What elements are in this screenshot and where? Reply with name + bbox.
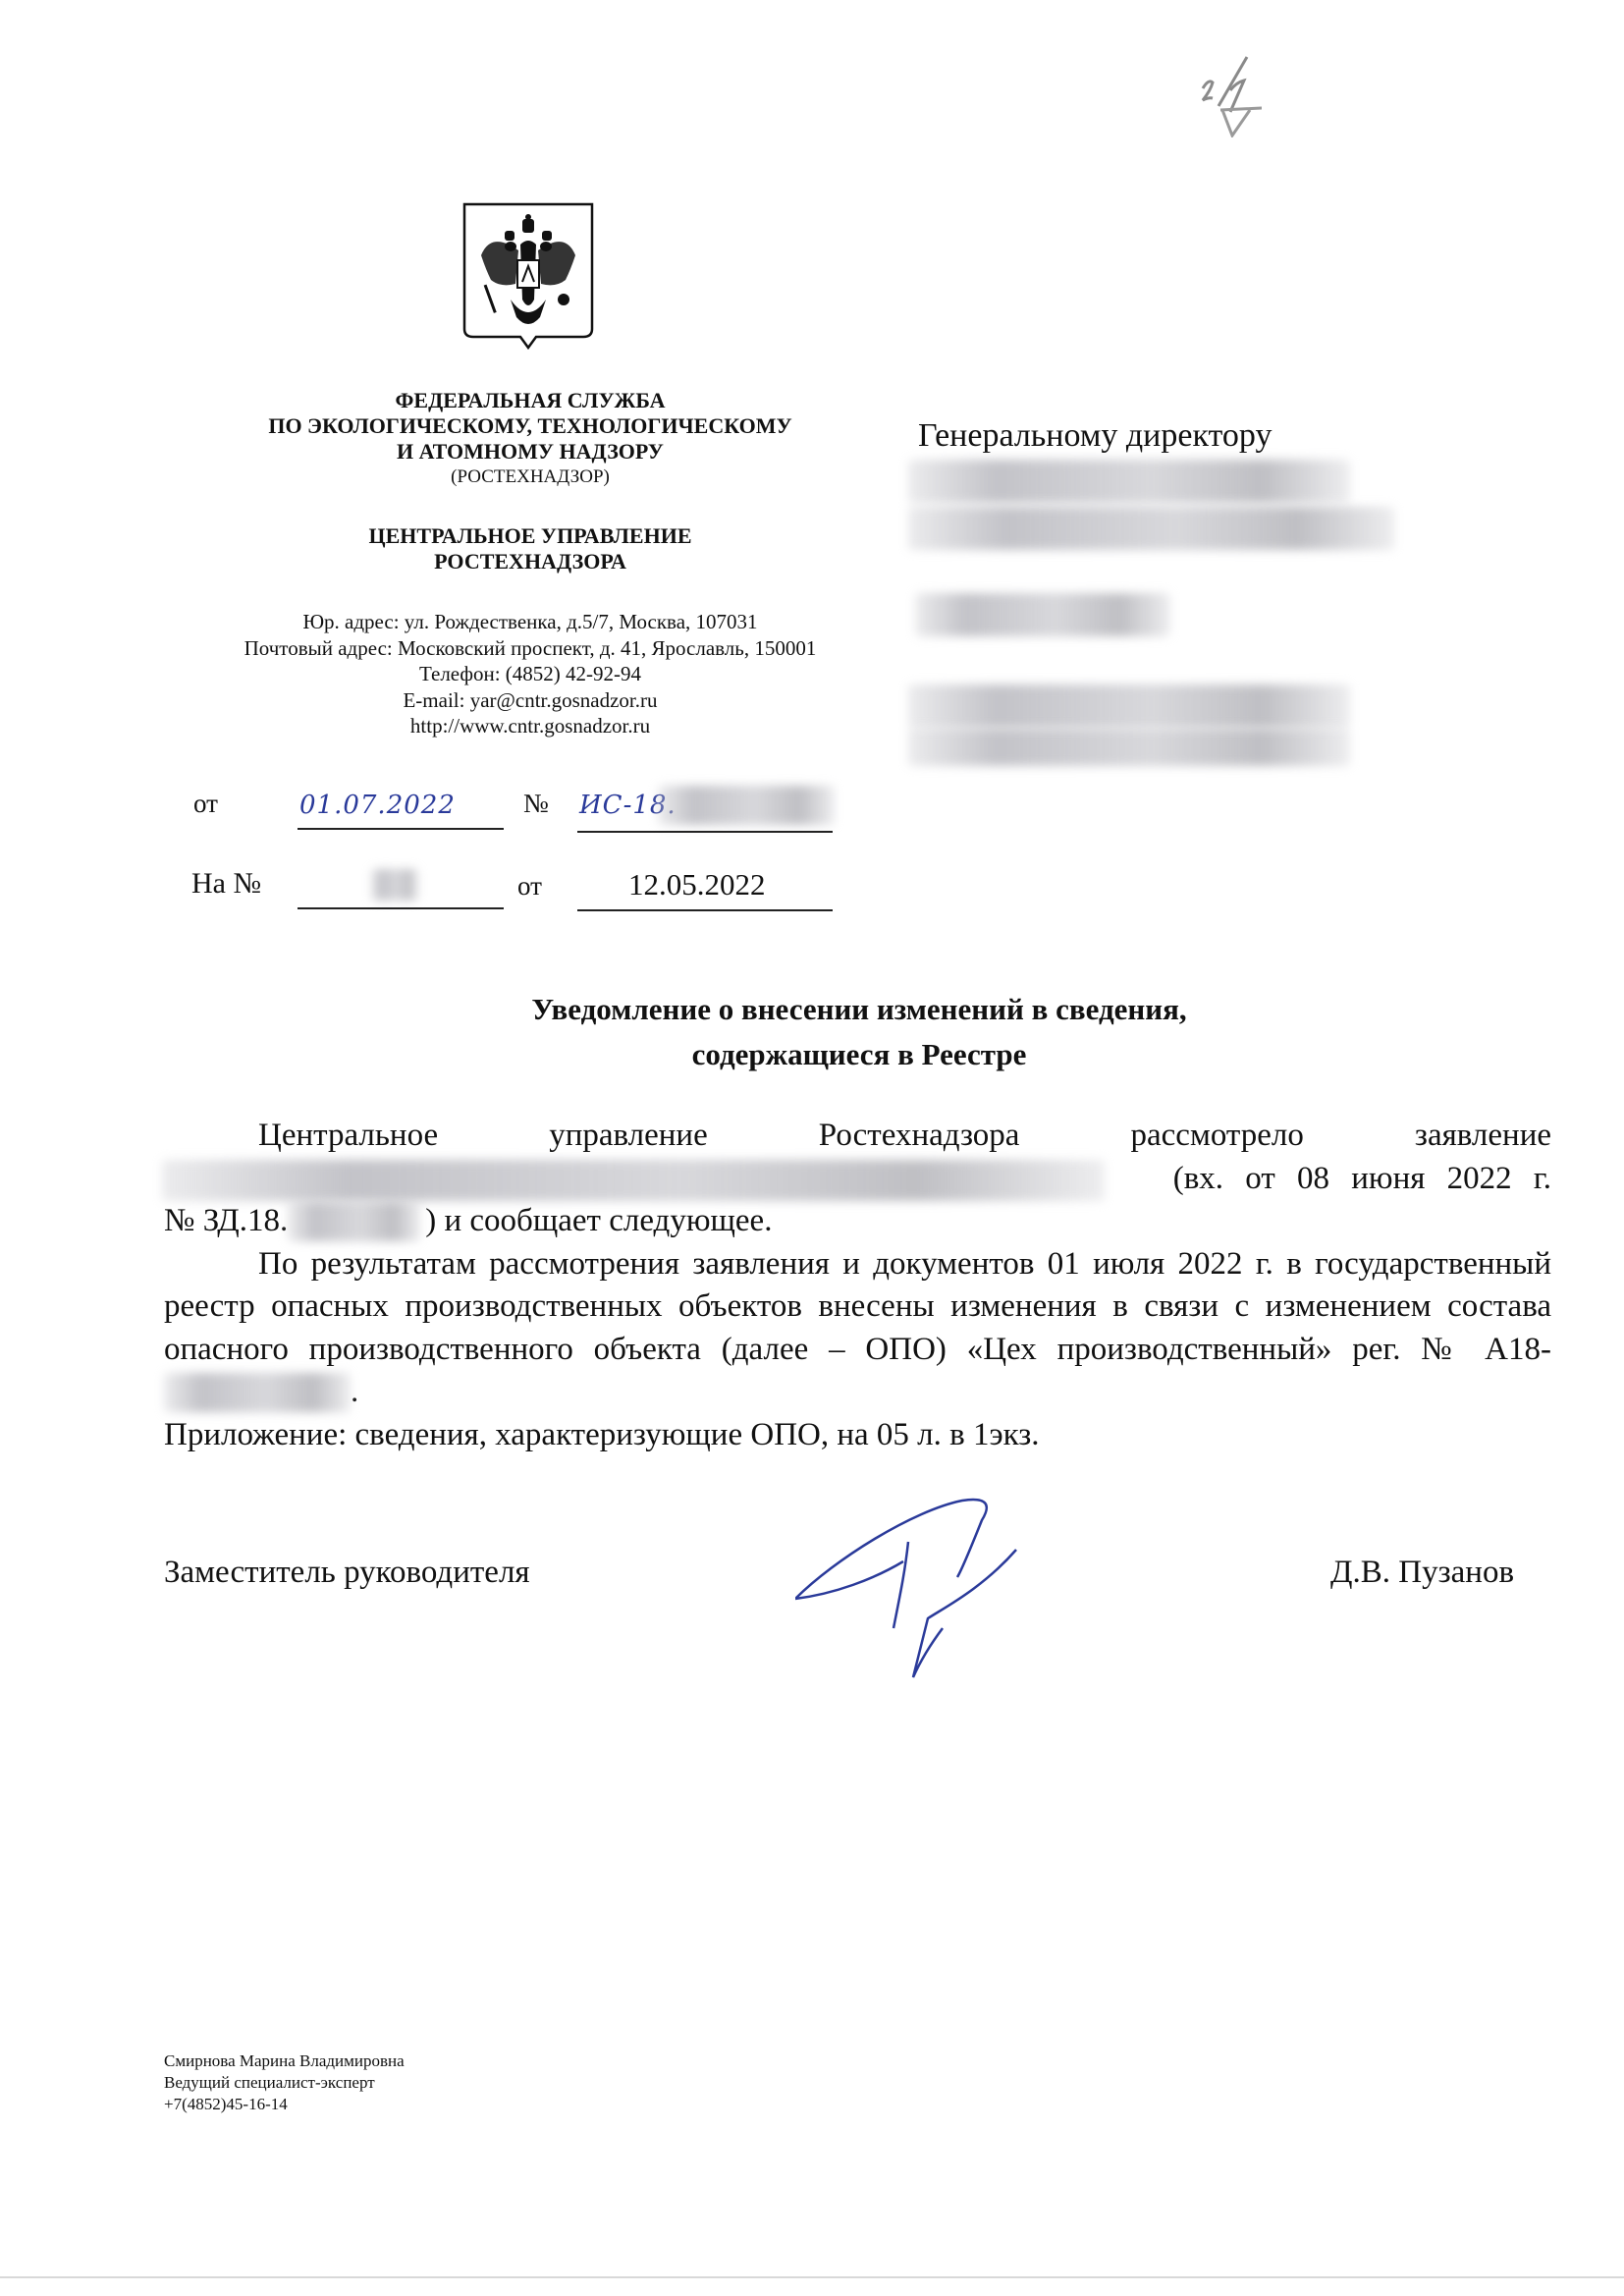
title-line1: Уведомление о внесении изменений в сведе… — [255, 987, 1463, 1032]
phone: Телефон: (4852) 42-92-94 — [167, 661, 893, 687]
org-abbreviation: (РОСТЕХНАДЗОР) — [206, 465, 854, 489]
email: E-mail: yar@cntr.gosnadzor.ru — [167, 687, 893, 714]
redacted-applicant-name — [162, 1160, 1105, 1201]
org-name-line1: ФЕДЕРАЛЬНАЯ СЛУЖБА — [206, 388, 854, 412]
russian-coat-of-arms-icon — [461, 201, 595, 351]
signatory-name: Д.В. Пузанов — [1330, 1555, 1514, 1591]
handwritten-signature-icon — [795, 1491, 1178, 1687]
attachment-line: Приложение: сведения, характеризующие ОП… — [164, 1414, 1551, 1457]
redacted-reply-number — [371, 869, 418, 901]
org-name-line3: И АТОМНОМУ НАДЗОРУ — [206, 439, 854, 464]
document-title: Уведомление о внесении изменений в сведе… — [255, 987, 1463, 1077]
executor-block: Смирнова Марина Владимировна Ведущий спе… — [164, 2050, 405, 2115]
scan-edge-line — [0, 2276, 1624, 2278]
dept-name-line1: ЦЕНТРАЛЬНОЕ УПРАВЛЕНИЕ — [206, 523, 854, 548]
postal-address: Почтовый адрес: Московский проспект, д. … — [167, 635, 893, 662]
reply-date: 12.05.2022 — [628, 867, 766, 902]
incoming-date: (вх. от 08 июня 2022 г. — [1173, 1161, 1551, 1196]
executor-name: Смирнова Марина Владимировна — [164, 2050, 405, 2072]
org-name-line2: ПО ЭКОЛОГИЧЕСКОМУ, ТЕХНОЛОГИЧЕСКОМУ — [206, 413, 854, 438]
body-p1-line2: (вх. от 08 июня 2022 г. — [164, 1158, 1551, 1201]
reply-number-underline — [298, 907, 504, 909]
incoming-number-suffix: ) и сообщает следующее. — [425, 1203, 772, 1238]
redacted-addressee-line3 — [915, 593, 1170, 636]
legal-address: Юр. адрес: ул. Рождественка, д.5/7, Моск… — [167, 609, 893, 635]
reply-date-underline — [577, 909, 833, 911]
pencil-annotation-icon — [1193, 49, 1262, 137]
body-p2-end: . — [351, 1374, 358, 1409]
redacted-registration-number — [164, 1373, 351, 1412]
reply-from-label: от — [517, 871, 542, 902]
title-line2: содержащиеся в Реестре — [255, 1032, 1463, 1077]
from-label: от — [193, 789, 218, 819]
dept-name-line2: РОСТЕХНАДЗОРА — [206, 549, 854, 574]
reply-number-label: На № — [191, 867, 261, 901]
body-p2-text: По результатам рассмотрения заявления и … — [164, 1246, 1551, 1367]
outgoing-number-underline — [577, 831, 833, 833]
executor-phone: +7(4852)45-16-14 — [164, 2094, 405, 2115]
redacted-addressee-line5 — [908, 729, 1350, 766]
website: http://www.cntr.gosnadzor.ru — [167, 713, 893, 739]
executor-position: Ведущий специалист-эксперт — [164, 2072, 405, 2094]
letter-body: Центральное управление Ростехнадзора рас… — [164, 1115, 1551, 1456]
redacted-incoming-number — [288, 1202, 420, 1241]
signatory-position: Заместитель руководителя — [164, 1555, 530, 1591]
addressee-title: Генеральному директору — [918, 417, 1272, 455]
redacted-addressee-line1 — [908, 460, 1350, 503]
outgoing-date-underline — [298, 828, 504, 830]
body-p2: По результатам рассмотрения заявления и … — [164, 1243, 1551, 1414]
body-p1-line3: № ЗД.18.) и сообщает следующее. — [164, 1200, 1551, 1243]
outgoing-date-handwritten: 01.07.2022 — [299, 791, 456, 820]
address-block: Юр. адрес: ул. Рождественка, д.5/7, Моск… — [167, 609, 893, 739]
body-p1-line1: Центральное управление Ростехнадзора рас… — [164, 1115, 1551, 1158]
redacted-outgoing-number — [658, 786, 835, 825]
redacted-addressee-line2 — [908, 507, 1394, 550]
redacted-addressee-line4 — [908, 684, 1350, 728]
incoming-number-prefix: № ЗД.18. — [164, 1203, 288, 1238]
number-label: № — [523, 789, 549, 819]
